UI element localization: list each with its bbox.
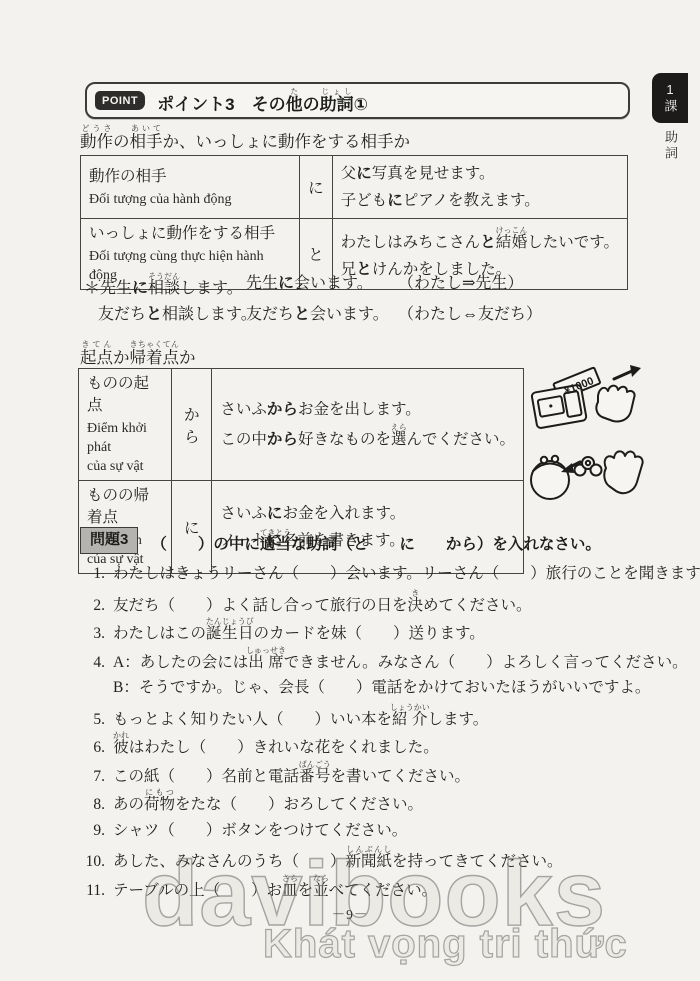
usage-label-ja: 動作の相手 (89, 166, 291, 188)
table-row: 動作の相手 Đối tượng của hành động に 父に写真を見せま… (81, 156, 628, 219)
usage-label-ja: いっしょに動作をする相手 (89, 223, 291, 245)
note-row: 友だちと相談します。 友だちと会います。 （わたし⇔友だち） (84, 303, 542, 327)
page-title: ポイント3 その他たの助詞じょし① (157, 87, 368, 115)
exercise-item: 9.シャツ（ ）ボタンをつけてください。 (80, 817, 640, 846)
item-text: A：あしたの会には出席しゅっせきできません。みなさん（ ）よろしく言ってください… (107, 646, 688, 678)
note-sentence: 友だちと会います。 (246, 303, 398, 327)
item-number: 6. (80, 739, 107, 757)
note-row: ＊先生に相談そうだんします。 先生に会います。 （わたし⇒先生） (84, 272, 523, 301)
particle-table-companion: 動作の相手 Đối tượng của hành động に 父に写真を見せま… (80, 155, 628, 290)
item-text: わたしはきょうリーさん（ ）会います。リーさん（ ）旅行のことを聞きます。 (107, 560, 700, 589)
page-number: －9－ (0, 903, 700, 923)
example-sentence: さいふにお金を入れます。 (220, 500, 515, 527)
usage-label-ja: ものの起点 (87, 373, 163, 417)
exercise-list: 1.わたしはきょうリーさん（ ）会います。リーさん（ ）旅行のことを聞きます。 … (80, 560, 640, 902)
lesson-tab: 1課 (652, 73, 688, 123)
point-banner: POINT ポイント3 その他たの助詞じょし① (85, 82, 630, 119)
particle-cell: に (300, 156, 333, 219)
example-sentence: 父に写真を見せます。 (341, 160, 619, 187)
watermark-slogan: Khát vọng tri thức (263, 922, 628, 967)
exercise-badge: 問題3 (80, 527, 138, 554)
exercise-item: 10.あした、みなさんのうち（ ）新聞紙しんぶんしを持ってきてください。 (80, 845, 640, 874)
usage-label-vi: Đối tượng của hành động (89, 190, 291, 209)
exercise-item: 3.わたしはこの誕生日たんじょうびのカードを妹（ ）送ります。 (80, 617, 640, 646)
item-text: 友だち（ ）よく話し合って旅行の日を決きめてください。 (107, 589, 532, 621)
note-gloss: （わたし⇔友だち） (398, 303, 542, 327)
example-sentence: さいふからお金を出します。 (220, 396, 515, 423)
exercise-item: 2.友だち（ ）よく話し合って旅行の日を決きめてください。 (80, 589, 640, 618)
section2-heading: 起点きてんか帰着点きちゃくてんか (80, 340, 196, 370)
item-text: もっとよく知りたい人（ ）いい本を紹介しょうかいします。 (107, 703, 488, 735)
item-number: 1. (80, 565, 107, 583)
usage-label-ja: ものの帰着点 (87, 485, 163, 529)
item-number: 8. (80, 796, 107, 814)
exercise-item: 5.もっとよく知りたい人（ ）いい本を紹介しょうかいします。 (80, 703, 640, 732)
note-gloss: （わたし⇒先生） (398, 272, 523, 301)
note-sentence: 友だちと相談します。 (84, 303, 246, 327)
exercise-item: 11.テーブルの上（ ）お皿さらを並ならべてください。 (80, 874, 640, 903)
item-text: B：そうですか。じゃ、会長（ ）電話をかけておいたほうがいいですよ。 (107, 674, 650, 703)
lesson-topic-label: 助詞 (661, 130, 680, 162)
item-number: 3. (80, 625, 107, 643)
item-text: あの荷物にもつをたな（ ）おろしてください。 (107, 788, 423, 820)
exercise-item: 7.この紙（ ）名前と電話番号ばんごうを書いてください。 (80, 760, 640, 789)
exercise-item: 8.あの荷物にもつをたな（ ）おろしてください。 (80, 788, 640, 817)
wallet-money-illustration: ¥1000 (522, 364, 660, 509)
exercise-item: 6.彼かれはわたし（ ）きれいな花をくれました。 (80, 731, 640, 760)
item-text: 彼かれはわたし（ ）きれいな花をくれました。 (107, 731, 439, 763)
textbook-page: POINT ポイント3 その他たの助詞じょし① 1課 助詞 動作どうさの相手あい… (0, 0, 700, 981)
item-number: 7. (80, 768, 107, 786)
exercise-item: 4.A：あしたの会には出席しゅっせきできません。みなさん（ ）よろしく言ってくだ… (80, 646, 640, 675)
item-number: 2. (80, 597, 107, 615)
section1-heading: 動作どうさの相手あいてか、いっしょに動作をする相手か (80, 124, 410, 154)
note-sentence: ＊先生に相談そうだんします。 (84, 272, 246, 301)
usage-label-vi: Điểm khởi phátcủa sự vật (87, 419, 163, 476)
item-text: テーブルの上（ ）お皿さらを並ならべてください。 (107, 874, 437, 906)
item-text: わたしはこの誕生日たんじょうびのカードを妹（ ）送ります。 (107, 617, 485, 649)
lesson-tab-label: 1課 (661, 82, 680, 114)
item-number: 11. (80, 882, 107, 900)
example-sentence: 子どもにピアノを教えます。 (341, 187, 619, 214)
point-badge: POINT (95, 91, 145, 110)
example-sentence: わたしはみちこさんと結婚けっこんしたいです。 (341, 226, 619, 256)
item-text: この紙（ ）名前と電話番号ばんごうを書いてください。 (107, 760, 470, 792)
item-number: 10. (80, 853, 107, 871)
exercise-instruction: （ ）の中に適当てきとうな助詞（と に から）を入れなさい。 (151, 528, 601, 554)
table-row: ものの起点 Điểm khởi phátcủa sự vật から さいふからお… (79, 369, 524, 481)
item-number: 5. (80, 711, 107, 729)
item-number: 4. (80, 654, 107, 672)
item-text: あした、みなさんのうち（ ）新聞紙しんぶんしを持ってきてください。 (107, 845, 563, 877)
item-number: 9. (80, 822, 107, 840)
example-sentence: この中から好きなものを選えらんでください。 (220, 423, 515, 453)
exercise-item: B：そうですか。じゃ、会長（ ）電話をかけておいたほうがいいですよ。 (80, 674, 640, 703)
item-text: シャツ（ ）ボタンをつけてください。 (107, 817, 407, 846)
note-sentence: 先生に会います。 (246, 272, 398, 301)
exercise-item: 1.わたしはきょうリーさん（ ）会います。リーさん（ ）旅行のことを聞きます。 (80, 560, 640, 589)
exercise-header: 問題3 （ ）の中に適当てきとうな助詞（と に から）を入れなさい。 (80, 527, 601, 554)
particle-cell: から (171, 369, 211, 481)
